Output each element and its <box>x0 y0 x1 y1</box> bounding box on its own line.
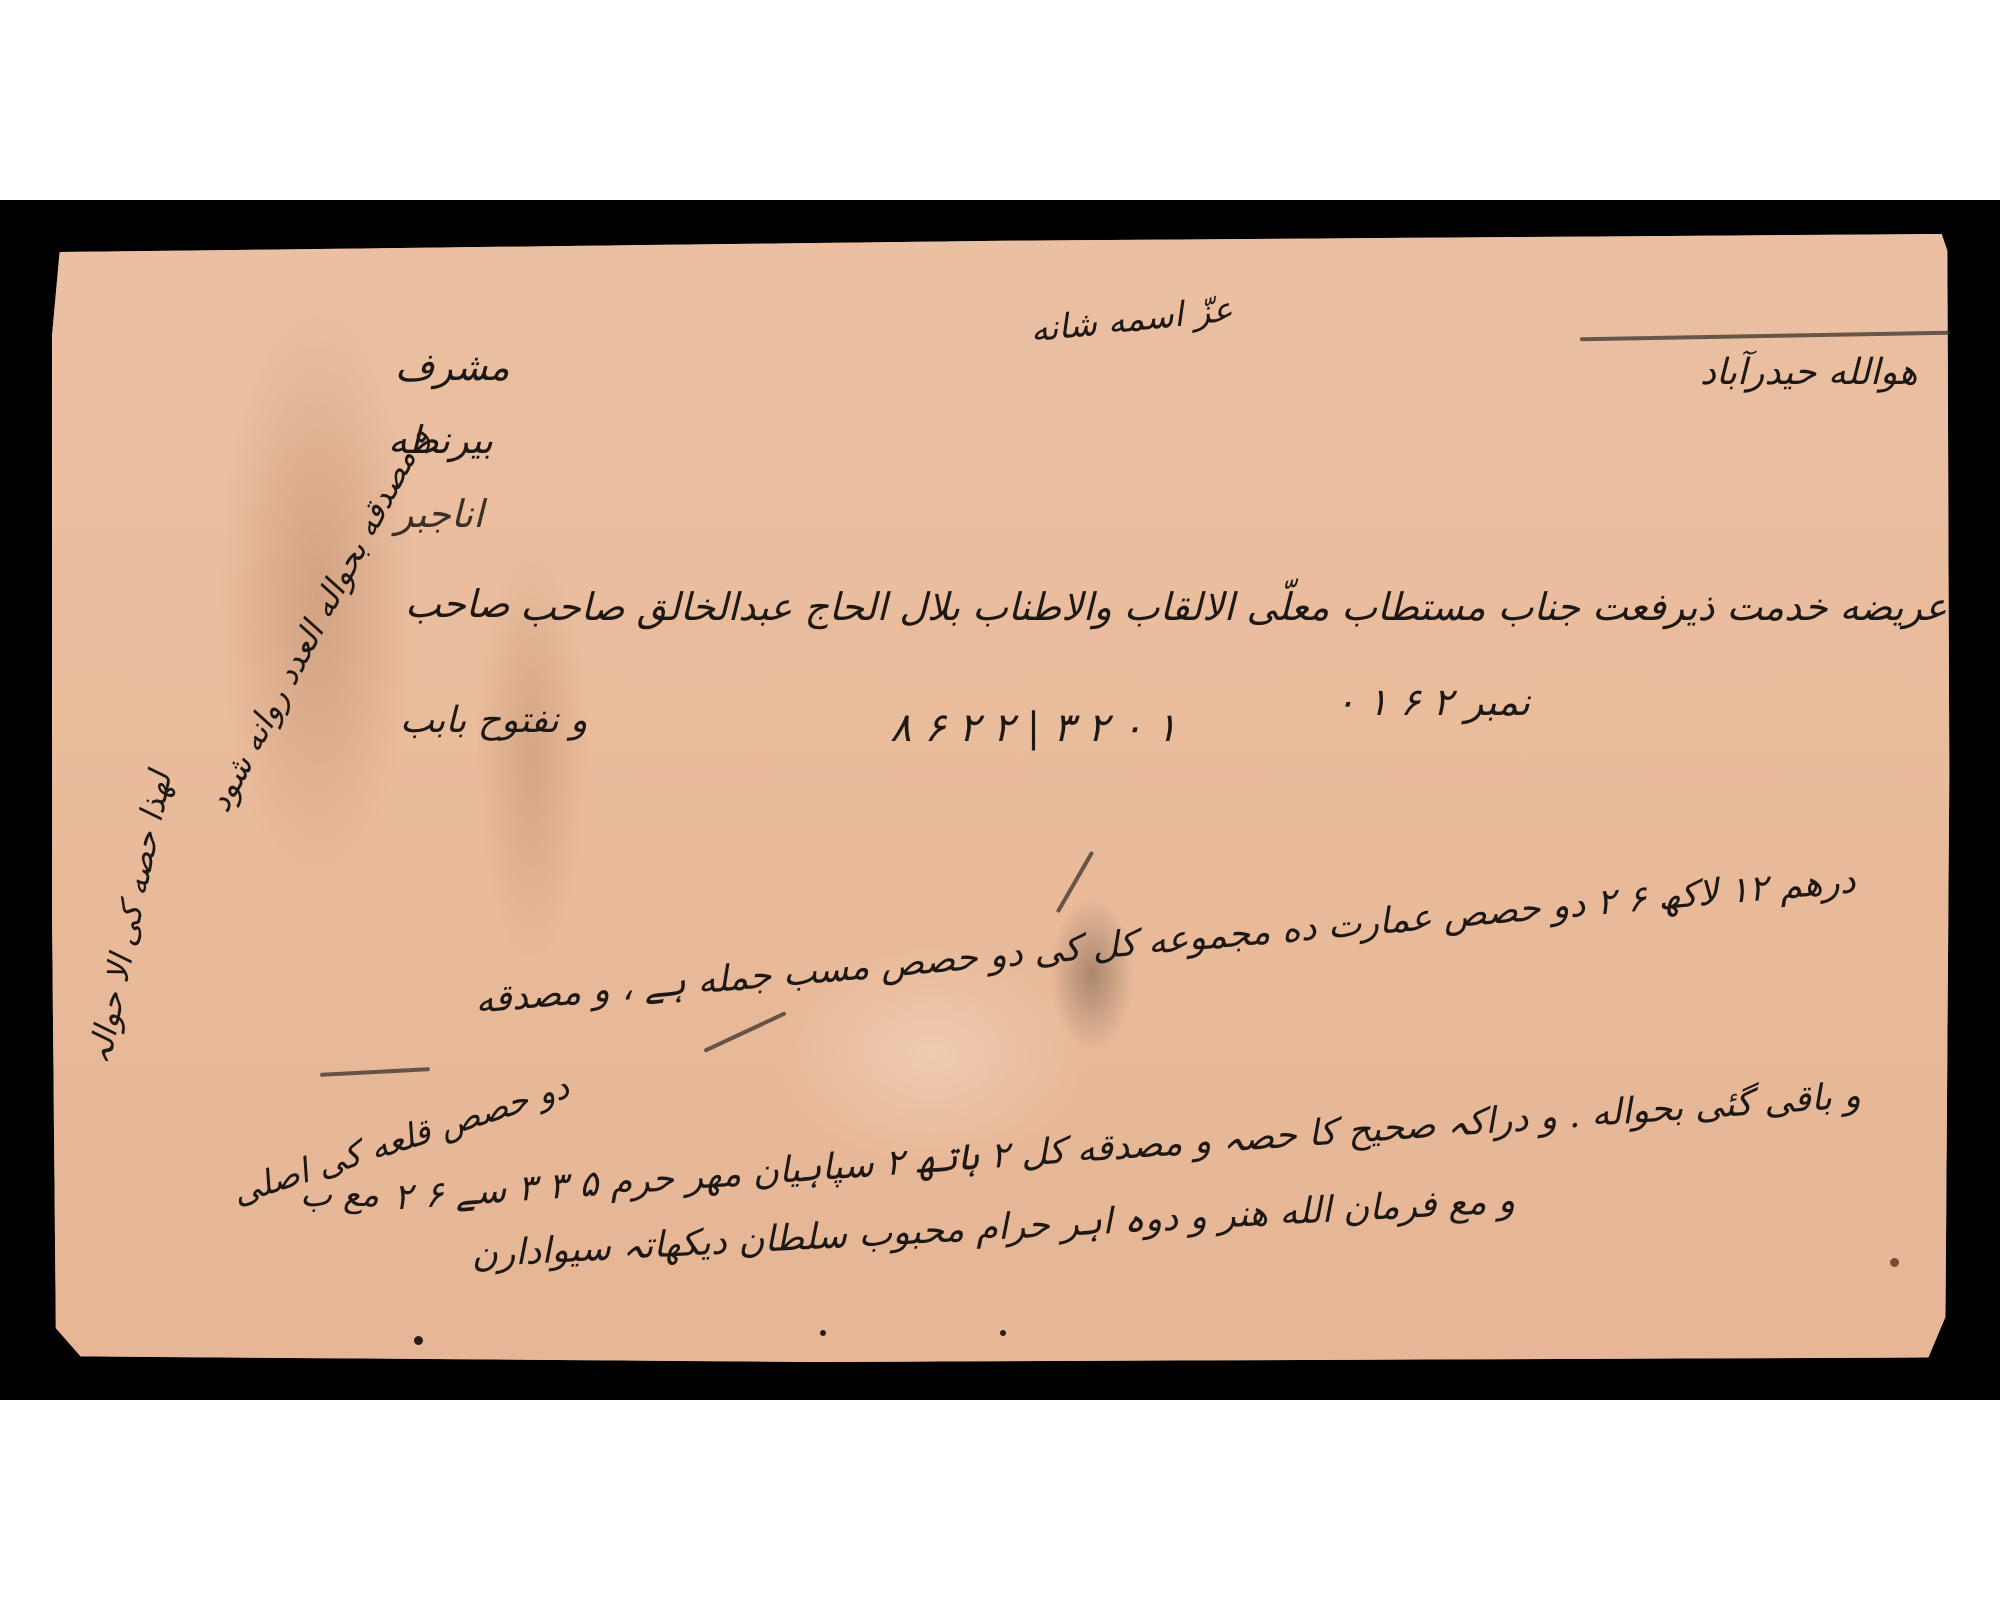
address-line: عریضه خدمت ذیرفعت جناب مستطاب معلّی الال… <box>520 585 1947 629</box>
second-line-numbers: ۸ ۶ ۲ ۲ | ۳ ۲ ۰ ۱ <box>890 705 1177 751</box>
ink-dot <box>1890 1258 1899 1267</box>
left-column-line-4: صاحب <box>405 582 510 626</box>
ink-dot <box>1000 1330 1006 1336</box>
ink-dot <box>820 1330 826 1336</box>
place-heading: هوالله حیدرآباد <box>1700 352 1918 393</box>
ink-dot <box>414 1336 423 1345</box>
second-line-right-phrase: نمبر ۲ ۶ ۱ ۰ <box>1335 680 1530 724</box>
left-column-line-3: اناجبر <box>395 492 484 536</box>
margin-note-bottom-left-tail: مع ب <box>300 1175 379 1215</box>
second-line-left-phrase: و نفتوح بابب <box>400 700 588 741</box>
left-column-line-1: مشرف <box>395 345 510 389</box>
